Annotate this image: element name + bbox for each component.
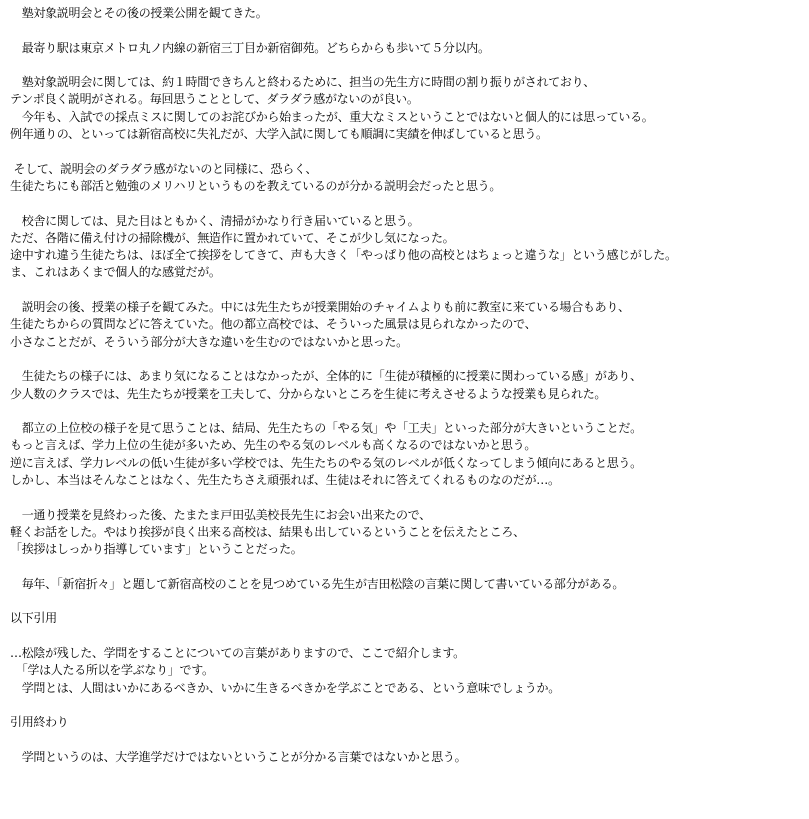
blank-line <box>10 697 805 714</box>
text-line: 小さなことだが、そういう部分が大きな違いを生むのではないかと思った。 <box>10 334 805 351</box>
text-line: ただ、各階に備え付けの掃除機が、無造作に置かれていて、そこが少し気になった。 <box>10 230 805 247</box>
blank-line <box>10 351 805 368</box>
text-line: 今年も、入試での採点ミスに関してのお詫びから始まったが、重大なミスということでは… <box>10 109 805 126</box>
text-line: ま、これはあくまで個人的な感覚だが。 <box>10 264 805 281</box>
blank-line <box>10 559 805 576</box>
blank-line <box>10 403 805 420</box>
blank-line <box>10 489 805 506</box>
blank-line <box>10 195 805 212</box>
text-line: 都立の上位校の様子を見て思うことは、結局、先生たちの「やる気」や「工夫」といった… <box>10 420 805 437</box>
text-line: そして、説明会のダラダラ感がないのと同様に、恐らく、 <box>10 161 805 178</box>
text-line: 生徒たちの様子には、あまり気になることはなかったが、全体的に「生徒が積極的に授業… <box>10 368 805 385</box>
blank-line <box>10 282 805 299</box>
text-line: 少人数のクラスでは、先生たちが授業を工夫して、分からないところを生徒に考えさせる… <box>10 386 805 403</box>
text-line: 逆に言えば、学力レベルの低い生徒が多い学校では、先生たちのやる気のレベルが低くな… <box>10 455 805 472</box>
text-line: 途中すれ違う生徒たちは、ほぼ全て挨拶をしてきて、声も大きく「やっぱり他の高校とは… <box>10 247 805 264</box>
quote-start-label: 以下引用 <box>10 610 805 627</box>
quote-line: 学問とは、人間はいかにあるべきか、いかに生きるべきかを学ぶことである、という意味… <box>10 680 805 697</box>
text-line: テンポ良く説明がされる。毎回思うこととして、ダラダラ感がないのが良い。 <box>10 91 805 108</box>
quote-line: …松陰が残した、学問をすることについての言葉がありますので、ここで紹介します。 <box>10 645 805 662</box>
text-line: 塾対象説明会に関しては、約１時間できちんと終わるために、担当の先生方に時間の割り… <box>10 74 805 91</box>
blank-line <box>10 628 805 645</box>
blank-line <box>10 143 805 160</box>
text-line: 塾対象説明会とその後の授業公開を観てきた。 <box>10 5 805 22</box>
blank-line <box>10 593 805 610</box>
text-line: 毎年、「新宿折々」と題して新宿高校のことを見つめている先生が吉田松陰の言葉に関し… <box>10 576 805 593</box>
text-line: 最寄り駅は東京メトロ丸ノ内線の新宿三丁目か新宿御苑。どちらからも歩いて５分以内。 <box>10 40 805 57</box>
text-line: 説明会の後、授業の様子を観てみた。中には先生たちが授業開始のチャイムよりも前に教… <box>10 299 805 316</box>
blank-line <box>10 57 805 74</box>
blank-line <box>10 731 805 748</box>
quote-end-label: 引用終わり <box>10 714 805 731</box>
quote-line: 「学は人たる所以を学ぶなり」です。 <box>10 662 805 679</box>
text-line: 「挨拶はしっかり指導しています」ということだった。 <box>10 541 805 558</box>
text-line: もっと言えば、学力上位の生徒が多いため、先生のやる気のレベルも高くなるのではない… <box>10 437 805 454</box>
blank-line <box>10 22 805 39</box>
text-line: しかし、本当はそんなことはなく、先生たちさえ頑張れば、生徒はそれに答えてくれるも… <box>10 472 805 489</box>
text-line: 例年通りの、といっては新宿高校に失礼だが、大学入試に関しても順調に実績を伸ばして… <box>10 126 805 143</box>
text-line: 生徒たちからの質問などに答えていた。他の都立高校では、そういった風景は見られなか… <box>10 316 805 333</box>
text-line: 校舎に関しては、見た目はともかく、清掃がかなり行き届いていると思う。 <box>10 213 805 230</box>
text-line: 学問というのは、大学進学だけではないということが分かる言葉ではないかと思う。 <box>10 749 805 766</box>
document-body: 塾対象説明会とその後の授業公開を観てきた。 最寄り駅は東京メトロ丸ノ内線の新宿三… <box>10 5 805 766</box>
text-line: 一通り授業を見終わった後、たまたま戸田弘美校長先生にお会い出来たので、 <box>10 507 805 524</box>
text-line: 生徒たちにも部活と勉強のメリハリというものを教えているのが分かる説明会だったと思… <box>10 178 805 195</box>
text-line: 軽くお話をした。やはり挨拶が良く出来る高校は、結果も出しているということを伝えた… <box>10 524 805 541</box>
